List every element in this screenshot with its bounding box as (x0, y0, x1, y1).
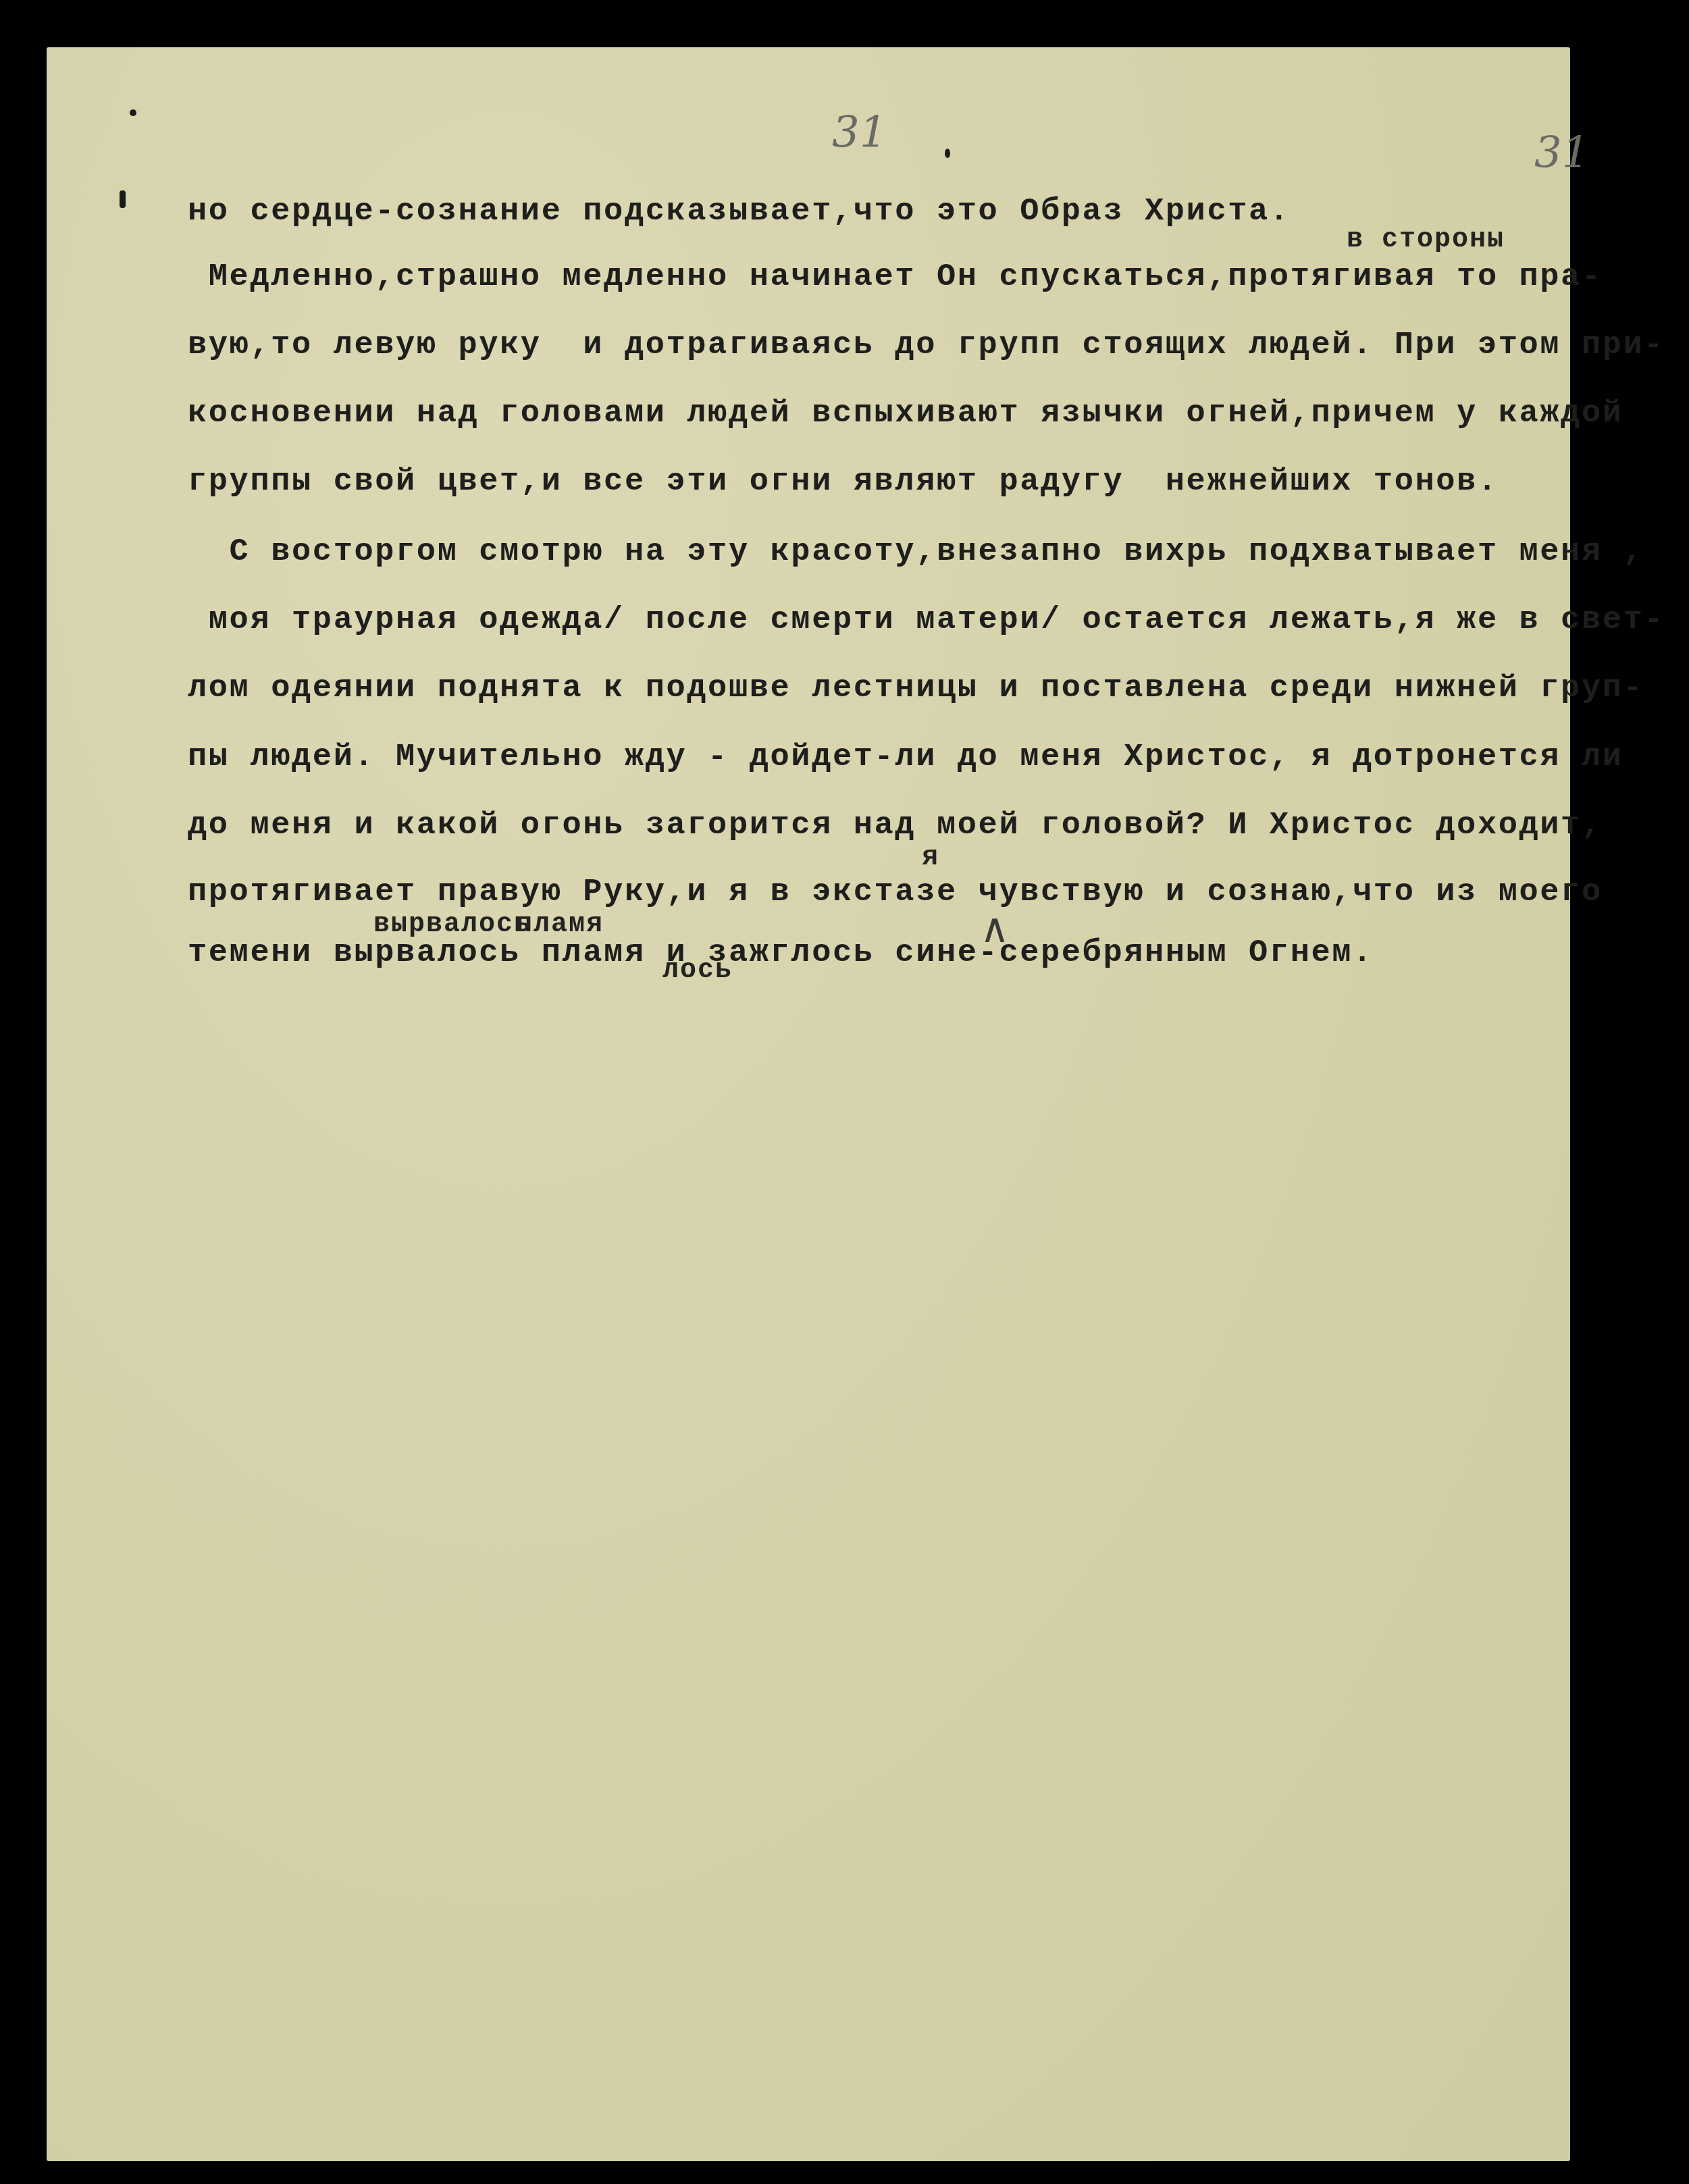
text-line-9: пы людей. Мучительно жду - дойдет-ли до … (188, 742, 1623, 773)
text-line-1: но сердце-сознание подсказывает,что это … (188, 196, 1291, 228)
text-line-12: темени вырвалось пламя и зажглось сине-с… (188, 937, 1374, 969)
punch-mark (120, 190, 126, 208)
ink-dot (130, 109, 136, 116)
text-line-10: до меня и какой огонь загорится над моей… (188, 810, 1603, 841)
text-line-2: Медленно,страшно медленно начинает Он сп… (188, 261, 1603, 293)
text-line-3: вую,то левую руку и дотрагиваясь до груп… (188, 330, 1665, 361)
insertion-v-storony: в стороны (1347, 225, 1505, 255)
text-line-6: С восторгом смотрю на эту красоту,внезап… (188, 536, 1644, 568)
typed-text-body: но сердце-сознание подсказывает,что это … (188, 47, 1572, 1060)
text-line-7: моя траурная одежда/ после смерти матери… (188, 604, 1665, 636)
insertion-los: лось (662, 956, 733, 986)
pencil-caret-mark: ∧ (980, 905, 1010, 952)
text-line-11: протягивает правую Руку,и я в экстазе чу… (188, 877, 1603, 908)
text-line-8: лом одеянии поднята к подошве лестницы и… (188, 673, 1644, 704)
insertion-ya: я (922, 843, 939, 873)
text-line-4: косновении над головами людей вспыхивают… (188, 398, 1623, 430)
text-line-5: группы свой цвет,и все эти огни являют р… (188, 466, 1499, 498)
document-page: 31 31 но сердце-сознание подсказывает,чт… (47, 47, 1570, 2161)
